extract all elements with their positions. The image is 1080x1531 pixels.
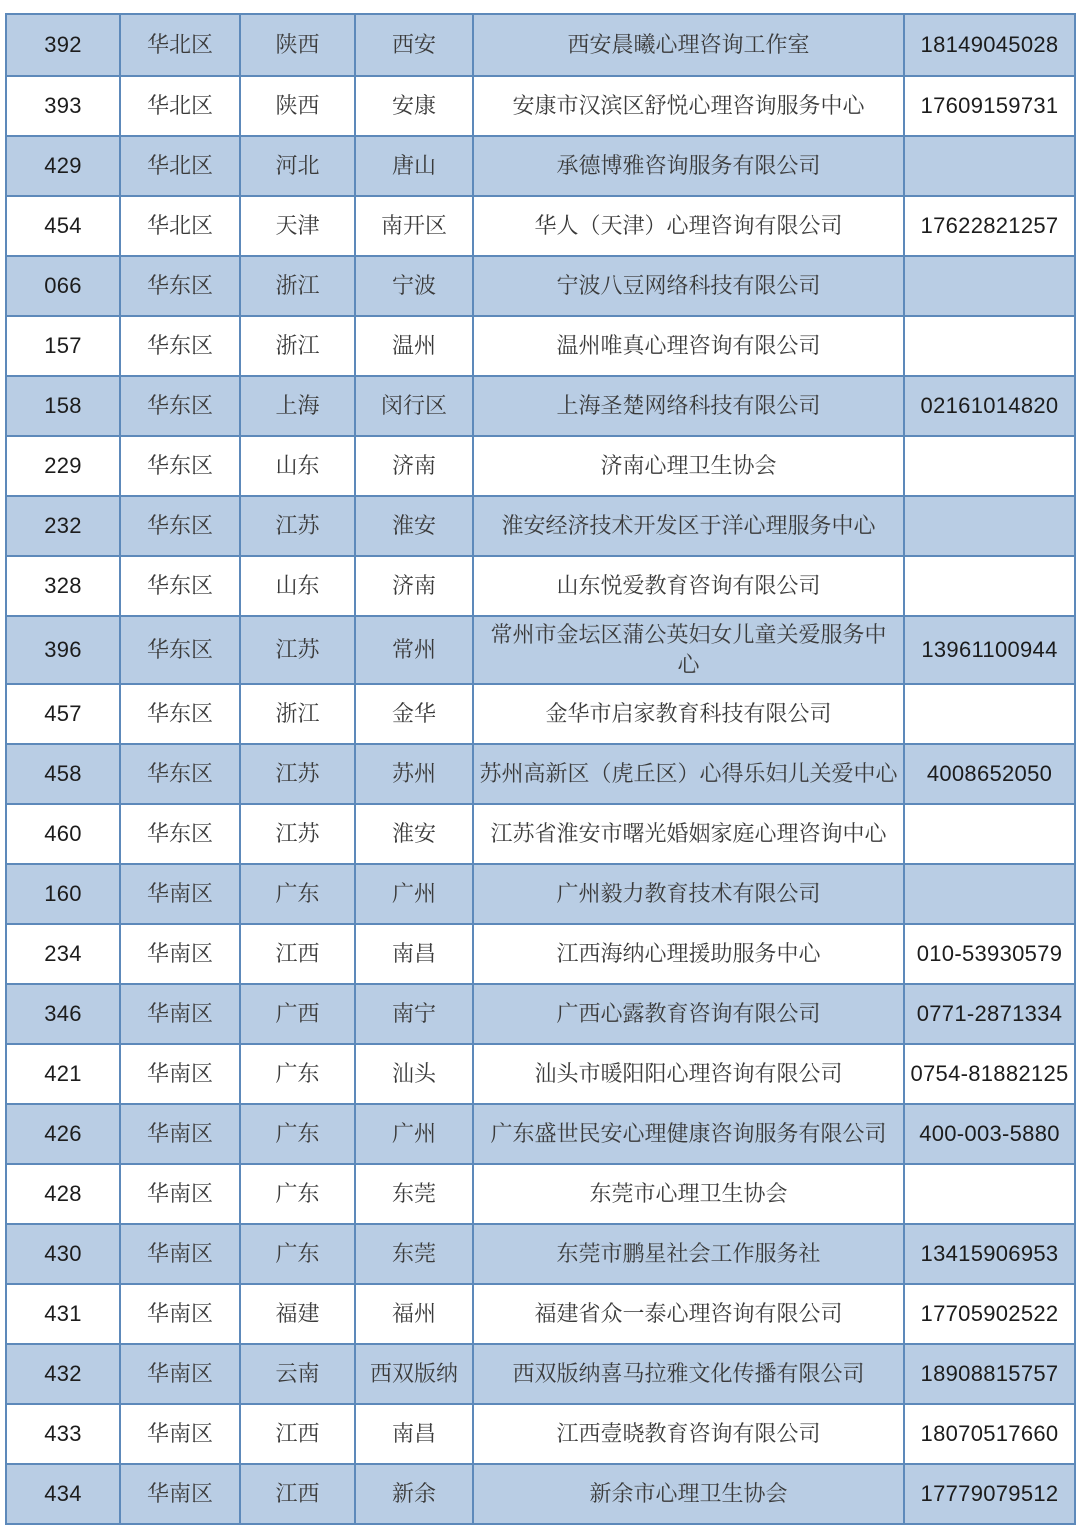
cell-region: 华东区 [119,745,239,803]
cell-city: 金华 [354,685,472,743]
cell-id: 066 [7,257,119,315]
cell-province: 江苏 [239,745,354,803]
cell-phone: 17779079512 [903,1465,1074,1523]
cell-organization: 广西心露教育咨询有限公司 [472,985,903,1043]
cell-region: 华南区 [119,1465,239,1523]
cell-phone [903,685,1074,743]
cell-city: 西安 [354,15,472,75]
cell-city: 唐山 [354,137,472,195]
cell-city: 西双版纳 [354,1345,472,1403]
cell-city: 宁波 [354,257,472,315]
cell-city: 济南 [354,557,472,615]
table-row: 328 华东区 山东 济南 山东悦爱教育咨询有限公司 [7,555,1074,615]
table-row: 229 华东区 山东 济南 济南心理卫生协会 [7,435,1074,495]
cell-region: 华东区 [119,685,239,743]
cell-region: 华东区 [119,437,239,495]
cell-city: 淮安 [354,805,472,863]
cell-region: 华东区 [119,497,239,555]
cell-province: 江西 [239,1465,354,1523]
table-row: 392 华北区 陕西 西安 西安晨曦心理咨询工作室 18149045028 [7,15,1074,75]
cell-phone [903,865,1074,923]
cell-region: 华南区 [119,925,239,983]
table-row: 393 华北区 陕西 安康 安康市汉滨区舒悦心理咨询服务中心 176091597… [7,75,1074,135]
cell-region: 华南区 [119,865,239,923]
cell-region: 华南区 [119,1225,239,1283]
cell-id: 157 [7,317,119,375]
cell-phone [903,805,1074,863]
cell-city: 温州 [354,317,472,375]
cell-region: 华南区 [119,1165,239,1223]
cell-city: 广州 [354,865,472,923]
cell-province: 山东 [239,437,354,495]
cell-province: 陕西 [239,77,354,135]
cell-organization: 汕头市暖阳阳心理咨询有限公司 [472,1045,903,1103]
cell-city: 东莞 [354,1165,472,1223]
cell-phone: 17622821257 [903,197,1074,255]
cell-organization: 江苏省淮安市曙光婚姻家庭心理咨询中心 [472,805,903,863]
cell-city: 汕头 [354,1045,472,1103]
table-row: 426 华南区 广东 广州 广东盛世民安心理健康咨询服务有限公司 400-003… [7,1103,1074,1163]
cell-id: 428 [7,1165,119,1223]
cell-province: 陕西 [239,15,354,75]
cell-organization: 江西海纳心理援助服务中心 [472,925,903,983]
cell-phone [903,257,1074,315]
cell-phone: 18070517660 [903,1405,1074,1463]
cell-id: 232 [7,497,119,555]
cell-id: 434 [7,1465,119,1523]
cell-phone: 02161014820 [903,377,1074,435]
cell-organization: 西双版纳喜马拉雅文化传播有限公司 [472,1345,903,1403]
cell-city: 济南 [354,437,472,495]
cell-id: 454 [7,197,119,255]
cell-province: 江苏 [239,805,354,863]
cell-region: 华北区 [119,77,239,135]
table-row: 157 华东区 浙江 温州 温州唯真心理咨询有限公司 [7,315,1074,375]
cell-phone [903,137,1074,195]
cell-province: 上海 [239,377,354,435]
cell-city: 福州 [354,1285,472,1343]
cell-province: 广东 [239,1045,354,1103]
table-row: 232 华东区 江苏 淮安 淮安经济技术开发区于洋心理服务中心 [7,495,1074,555]
table-row: 431 华南区 福建 福州 福建省众一泰心理咨询有限公司 17705902522 [7,1283,1074,1343]
cell-city: 常州 [354,617,472,683]
cell-organization: 东莞市心理卫生协会 [472,1165,903,1223]
cell-province: 江苏 [239,497,354,555]
cell-region: 华东区 [119,257,239,315]
cell-city: 南开区 [354,197,472,255]
cell-city: 苏州 [354,745,472,803]
cell-province: 浙江 [239,257,354,315]
cell-city: 淮安 [354,497,472,555]
table-row: 458 华东区 江苏 苏州 苏州高新区（虎丘区）心得乐妇儿关爱中心 400865… [7,743,1074,803]
cell-phone: 18908815757 [903,1345,1074,1403]
cell-organization: 东莞市鹏星社会工作服务社 [472,1225,903,1283]
cell-city: 广州 [354,1105,472,1163]
table-row: 460 华东区 江苏 淮安 江苏省淮安市曙光婚姻家庭心理咨询中心 [7,803,1074,863]
cell-phone: 17609159731 [903,77,1074,135]
cell-id: 392 [7,15,119,75]
cell-id: 160 [7,865,119,923]
cell-id: 430 [7,1225,119,1283]
table-row: 234 华南区 江西 南昌 江西海纳心理援助服务中心 010-53930579 [7,923,1074,983]
cell-phone: 13961100944 [903,617,1074,683]
cell-province: 云南 [239,1345,354,1403]
cell-phone [903,437,1074,495]
cell-organization: 金华市启家教育科技有限公司 [472,685,903,743]
cell-region: 华东区 [119,377,239,435]
cell-id: 460 [7,805,119,863]
table-row: 066 华东区 浙江 宁波 宁波八豆网络科技有限公司 [7,255,1074,315]
cell-organization: 华人（天津）心理咨询有限公司 [472,197,903,255]
cell-phone: 010-53930579 [903,925,1074,983]
cell-organization: 山东悦爱教育咨询有限公司 [472,557,903,615]
cell-city: 新余 [354,1465,472,1523]
cell-region: 华北区 [119,15,239,75]
cell-organization: 苏州高新区（虎丘区）心得乐妇儿关爱中心 [472,745,903,803]
cell-phone: 13415906953 [903,1225,1074,1283]
cell-region: 华东区 [119,617,239,683]
cell-province: 天津 [239,197,354,255]
cell-province: 江西 [239,1405,354,1463]
table-row: 457 华东区 浙江 金华 金华市启家教育科技有限公司 [7,683,1074,743]
table-row: 428 华南区 广东 东莞 东莞市心理卫生协会 [7,1163,1074,1223]
cell-organization: 福建省众一泰心理咨询有限公司 [472,1285,903,1343]
table-row: 429 华北区 河北 唐山 承德博雅咨询服务有限公司 [7,135,1074,195]
table-row: 430 华南区 广东 东莞 东莞市鹏星社会工作服务社 13415906953 [7,1223,1074,1283]
cell-region: 华南区 [119,1045,239,1103]
table-row: 454 华北区 天津 南开区 华人（天津）心理咨询有限公司 1762282125… [7,195,1074,255]
table-row: 433 华南区 江西 南昌 江西壹晓教育咨询有限公司 18070517660 [7,1403,1074,1463]
cell-phone: 4008652050 [903,745,1074,803]
cell-region: 华北区 [119,197,239,255]
cell-province: 福建 [239,1285,354,1343]
cell-province: 浙江 [239,317,354,375]
cell-id: 433 [7,1405,119,1463]
table-row: 421 华南区 广东 汕头 汕头市暖阳阳心理咨询有限公司 0754-818821… [7,1043,1074,1103]
cell-id: 431 [7,1285,119,1343]
cell-city: 东莞 [354,1225,472,1283]
cell-organization: 淮安经济技术开发区于洋心理服务中心 [472,497,903,555]
cell-organization: 承德博雅咨询服务有限公司 [472,137,903,195]
cell-city: 闵行区 [354,377,472,435]
cell-phone: 0754-81882125 [903,1045,1074,1103]
cell-city: 南昌 [354,1405,472,1463]
cell-id: 429 [7,137,119,195]
cell-organization: 江西壹晓教育咨询有限公司 [472,1405,903,1463]
cell-id: 346 [7,985,119,1043]
cell-organization: 上海圣楚网络科技有限公司 [472,377,903,435]
cell-id: 158 [7,377,119,435]
cell-id: 421 [7,1045,119,1103]
cell-region: 华南区 [119,1285,239,1343]
cell-region: 华东区 [119,557,239,615]
cell-province: 江西 [239,925,354,983]
cell-city: 南宁 [354,985,472,1043]
cell-phone [903,557,1074,615]
cell-id: 457 [7,685,119,743]
cell-city: 南昌 [354,925,472,983]
cell-phone: 17705902522 [903,1285,1074,1343]
table-row: 160 华南区 广东 广州 广州毅力教育技术有限公司 [7,863,1074,923]
cell-region: 华北区 [119,137,239,195]
table-row: 396 华东区 江苏 常州 常州市金坛区蒲公英妇女儿童关爱服务中 心 13961… [7,615,1074,683]
cell-organization: 广州毅力教育技术有限公司 [472,865,903,923]
cell-province: 广东 [239,1105,354,1163]
table-row: 432 华南区 云南 西双版纳 西双版纳喜马拉雅文化传播有限公司 1890881… [7,1343,1074,1403]
org-table: 392 华北区 陕西 西安 西安晨曦心理咨询工作室 18149045028 39… [5,13,1076,1525]
cell-region: 华南区 [119,1405,239,1463]
cell-phone [903,1165,1074,1223]
cell-province: 广西 [239,985,354,1043]
cell-organization: 济南心理卫生协会 [472,437,903,495]
cell-id: 229 [7,437,119,495]
cell-id: 234 [7,925,119,983]
cell-phone [903,497,1074,555]
cell-province: 广东 [239,1225,354,1283]
cell-organization: 安康市汉滨区舒悦心理咨询服务中心 [472,77,903,135]
cell-region: 华东区 [119,317,239,375]
cell-id: 426 [7,1105,119,1163]
cell-id: 458 [7,745,119,803]
cell-province: 浙江 [239,685,354,743]
cell-phone: 400-003-5880 [903,1105,1074,1163]
cell-province: 山东 [239,557,354,615]
cell-id: 393 [7,77,119,135]
cell-organization: 新余市心理卫生协会 [472,1465,903,1523]
cell-organization: 宁波八豆网络科技有限公司 [472,257,903,315]
cell-organization: 温州唯真心理咨询有限公司 [472,317,903,375]
cell-id: 396 [7,617,119,683]
table-row: 434 华南区 江西 新余 新余市心理卫生协会 17779079512 [7,1463,1074,1523]
cell-id: 328 [7,557,119,615]
cell-phone [903,317,1074,375]
cell-region: 华南区 [119,1105,239,1163]
cell-city: 安康 [354,77,472,135]
cell-phone: 0771-2871334 [903,985,1074,1043]
cell-organization: 广东盛世民安心理健康咨询服务有限公司 [472,1105,903,1163]
cell-phone: 18149045028 [903,15,1074,75]
cell-region: 华东区 [119,805,239,863]
cell-id: 432 [7,1345,119,1403]
cell-region: 华南区 [119,985,239,1043]
table-row: 346 华南区 广西 南宁 广西心露教育咨询有限公司 0771-2871334 [7,983,1074,1043]
cell-province: 广东 [239,865,354,923]
table-row: 158 华东区 上海 闵行区 上海圣楚网络科技有限公司 02161014820 [7,375,1074,435]
cell-region: 华南区 [119,1345,239,1403]
cell-province: 广东 [239,1165,354,1223]
cell-province: 河北 [239,137,354,195]
cell-organization: 常州市金坛区蒲公英妇女儿童关爱服务中 心 [472,617,903,683]
cell-province: 江苏 [239,617,354,683]
cell-organization: 西安晨曦心理咨询工作室 [472,15,903,75]
